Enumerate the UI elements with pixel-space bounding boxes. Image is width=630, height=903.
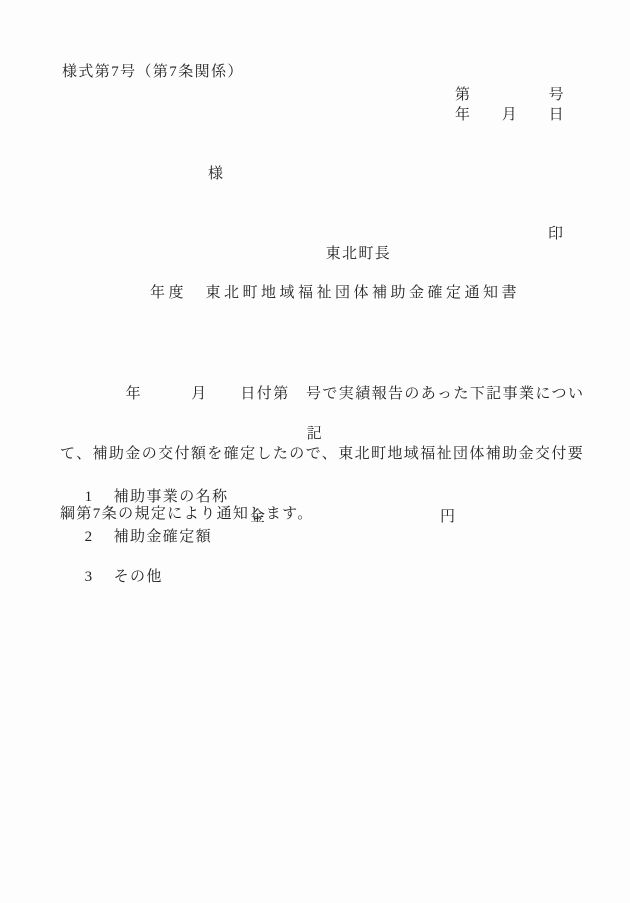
document-title: 年度 東北町地域福祉団体補助金確定通知書 [150, 283, 520, 303]
addressee-honorific: 様 [208, 164, 224, 184]
date-year-label: 年 [455, 105, 471, 125]
date-day-label: 日 [549, 105, 565, 125]
list-item-other: 3その他 [64, 547, 163, 607]
item-label: その他 [114, 569, 163, 585]
item-number: 2 [85, 527, 114, 547]
document-page: 様式第7号（第7条関係） 第 号 年 月 日 様 東北町長 印 年度 東北町地域… [0, 0, 630, 903]
form-number-label: 様式第7号（第7条関係） [62, 62, 244, 82]
item-number: 1 [85, 487, 114, 507]
item-label: 補助金確定額 [114, 529, 212, 545]
body-paragraph-line: て、補助金の交付額を確定したので、東北町地域福祉団体補助金交付要 [60, 444, 600, 464]
date-month-label: 月 [502, 105, 518, 125]
doc-number-prefix: 第 [455, 85, 471, 105]
ki-heading: 記 [0, 424, 630, 444]
amount-suffix-yen: 円 [440, 507, 456, 527]
amount-prefix-kin: 金 [250, 507, 266, 527]
item-label: 補助事業の名称 [114, 489, 229, 505]
date-line: 年 月 日 [455, 105, 565, 125]
sender-title: 東北町長 [326, 246, 392, 262]
document-number-line: 第 号 [455, 85, 565, 105]
body-paragraph-line: 年 月 日付第 号で実績報告のあった下記事業につい [60, 384, 600, 404]
item-number: 3 [85, 567, 114, 587]
doc-number-suffix: 号 [549, 85, 565, 105]
seal-mark: 印 [548, 224, 564, 244]
